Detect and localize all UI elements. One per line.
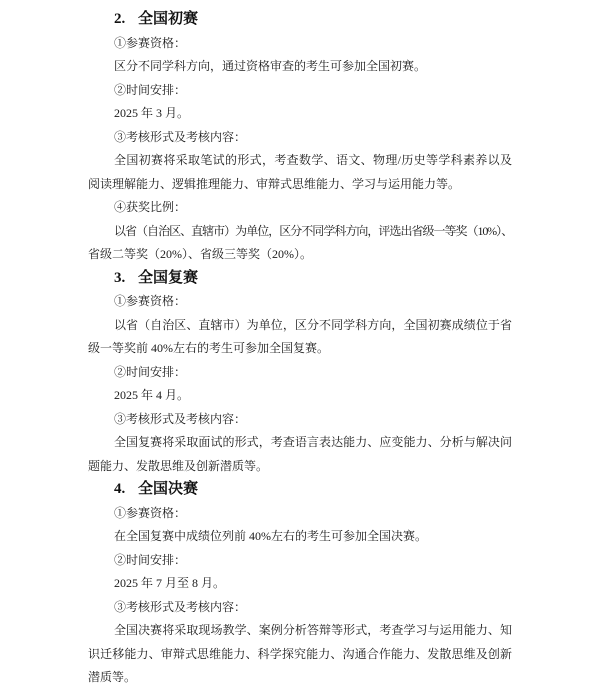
- section-heading: 3. 全国复赛: [88, 267, 512, 291]
- text-line: 省级二等奖（20%）、省级三等奖（20%）。: [88, 243, 512, 267]
- section-title: 全国决赛: [138, 481, 198, 497]
- section-number: 3.: [114, 267, 125, 291]
- clause-label-eligibility: ①参赛资格：: [88, 290, 512, 314]
- clause-label-format: ③考核形式及考核内容：: [88, 596, 512, 620]
- text-line: 区分不同学科方向，通过资格审查的考生可参加全国初赛。: [88, 55, 512, 79]
- document-page: 2. 全国初赛 ①参赛资格： 区分不同学科方向，通过资格审查的考生可参加全国初赛…: [0, 0, 600, 694]
- text-line: 在全国复赛中成绩位列前 40%左右的考生可参加全国决赛。: [88, 525, 512, 549]
- section-semifinal-round: 3. 全国复赛 ①参赛资格： 以省（自治区、直辖市）为单位，区分不同学科方向，全…: [88, 267, 512, 479]
- text-line: 全国初赛将采取笔试的形式，考查数学、语文、物理/历史等学科素养以及: [88, 149, 512, 173]
- section-preliminary-round: 2. 全国初赛 ①参赛资格： 区分不同学科方向，通过资格审查的考生可参加全国初赛…: [88, 8, 512, 267]
- text-line: 全国决赛将采取现场教学、案例分析答辩等形式，考查学习与运用能力、知: [88, 619, 512, 643]
- section-title: 全国初赛: [138, 11, 198, 27]
- text-line: 以省（自治区、直辖市）为单位，区分不同学科方向，全国初赛成绩位于省: [88, 314, 512, 338]
- clause-label-schedule: ②时间安排：: [88, 79, 512, 103]
- section-heading: 4. 全国决赛: [88, 478, 512, 502]
- section-number: 2.: [114, 8, 125, 32]
- clause-label-schedule: ②时间安排：: [88, 549, 512, 573]
- text-line-date: 2025 年 3 月。: [88, 102, 512, 126]
- clause-label-eligibility: ①参赛资格：: [88, 32, 512, 56]
- text-line: 以省（自治区、直辖市）为单位，区分不同学科方向，评选出省级一等奖（10%）、: [88, 220, 512, 244]
- section-number: 4.: [114, 478, 125, 502]
- text-line-date: 2025 年 7 月至 8 月。: [88, 572, 512, 596]
- clause-label-eligibility: ①参赛资格：: [88, 502, 512, 526]
- text-line: 全国复赛将采取面试的形式，考查语言表达能力、应变能力、分析与解决问: [88, 431, 512, 455]
- section-final-round: 4. 全国决赛 ①参赛资格： 在全国复赛中成绩位列前 40%左右的考生可参加全国…: [88, 478, 512, 690]
- clause-label-schedule: ②时间安排：: [88, 361, 512, 385]
- text-line: 识迁移能力、审辩式思维能力、科学探究能力、沟通合作能力、发散思维及创新: [88, 643, 512, 667]
- text-line: 潜质等。: [88, 666, 512, 690]
- text-line: 阅读理解能力、逻辑推理能力、审辩式思维能力、学习与运用能力等。: [88, 173, 512, 197]
- section-heading: 2. 全国初赛: [88, 8, 512, 32]
- clause-label-format: ③考核形式及考核内容：: [88, 126, 512, 150]
- text-line: 题能力、发散思维及创新潜质等。: [88, 455, 512, 479]
- clause-label-award-ratio: ④获奖比例：: [88, 196, 512, 220]
- clause-label-format: ③考核形式及考核内容：: [88, 408, 512, 432]
- section-title: 全国复赛: [138, 270, 198, 286]
- text-line: 级一等奖前 40%左右的考生可参加全国复赛。: [88, 337, 512, 361]
- text-line-date: 2025 年 4 月。: [88, 384, 512, 408]
